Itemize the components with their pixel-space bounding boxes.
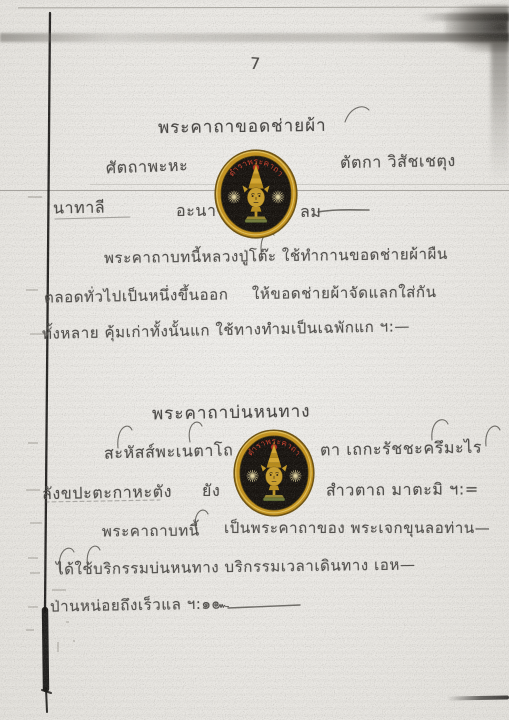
page-number: 7 xyxy=(250,54,262,74)
section1-body-line2-right: ให้ขอดช่ายผ้าจัดแลกใส่กัน xyxy=(252,280,437,306)
scan-artifact-bottom-right-smudge xyxy=(447,695,509,700)
seal-starburst-left-icon xyxy=(228,191,240,203)
seal-starburst-left-icon xyxy=(246,470,258,482)
section1-incantation-line1-left: ศัตถาพะหะ xyxy=(106,154,189,182)
scan-artifact-corner-blob xyxy=(445,5,509,53)
section1-title: พระคาถาขอดช่ายผ้า xyxy=(158,112,327,141)
section2-body-line1-left: พระคาถาบทนี้ xyxy=(102,518,200,543)
scan-artifact-mid-rule-faint xyxy=(90,184,509,185)
section2-body-line3: ป่านหน่อยถึงเร็วแล ฯ:๑๛ xyxy=(50,591,230,618)
section2-incantation-line1-right: ตา เถกะรัชชะครึมะไร xyxy=(320,436,483,464)
scan-artifact-right-edge-streak xyxy=(491,42,509,182)
section2-body-line1-right: เป็นพระคาถาของ พระเจกขุนลอท่าน— xyxy=(224,516,490,540)
section1-incantation-line1-right: ตัตกา วิสัชเชตุง xyxy=(340,149,456,176)
section2-incantation-line2-right: สำวตาถ มาตะมิ ฯ:= xyxy=(326,477,479,503)
scan-artifact-top-hairline xyxy=(18,7,509,9)
section2-title: พระคาถาบ่นหนทาง xyxy=(152,398,311,428)
scan-artifact-right-band xyxy=(419,13,509,21)
section1-incantation-line2-left: นาทาลี xyxy=(53,196,106,222)
royal-seal-stamp: ตำราพระคาถา xyxy=(233,428,315,518)
section2-incantation-line1-left: สะหัสส์พะเนตาโถ xyxy=(104,438,234,466)
section1-body-line2-left: ตลอดทั่วไปเป็นหนึ่งขึ้นออก xyxy=(44,282,229,309)
seal-starburst-right-icon xyxy=(289,470,301,482)
section2-incantation-line2-left: ลังขปะตะกาหะตัง xyxy=(42,480,173,507)
section2-incantation-line2-mid: ยัง xyxy=(202,479,220,504)
section1-body-line1: พระคาถาบทนี้หลวงปู่โต๊ะ ใช้ทำกานขอดช่ายผ… xyxy=(104,242,448,270)
royal-seal-stamp: ตำราพระคาถา xyxy=(214,149,298,239)
scan-artifact-smudge-band xyxy=(0,33,509,42)
margin-tick-marks xyxy=(26,197,75,652)
section2-body-line2: ได้ใช้บริกรรมบ่นหนทาง บริกรรมเวลาเดินทาง… xyxy=(56,552,416,581)
section1-body-line3: ทั้งหลาย คุ้มเก่าทั้งนั้นแก ใช้ทางทำมเป็… xyxy=(42,314,410,346)
section1-incantation-line2-right: ลม xyxy=(300,200,322,225)
seal-starburst-right-icon xyxy=(272,191,284,203)
scanned-document-page: 7 พระคาถาขอดช่ายผ้า ศัตถาพะหะ ตัตกา วิสั… xyxy=(0,0,509,720)
